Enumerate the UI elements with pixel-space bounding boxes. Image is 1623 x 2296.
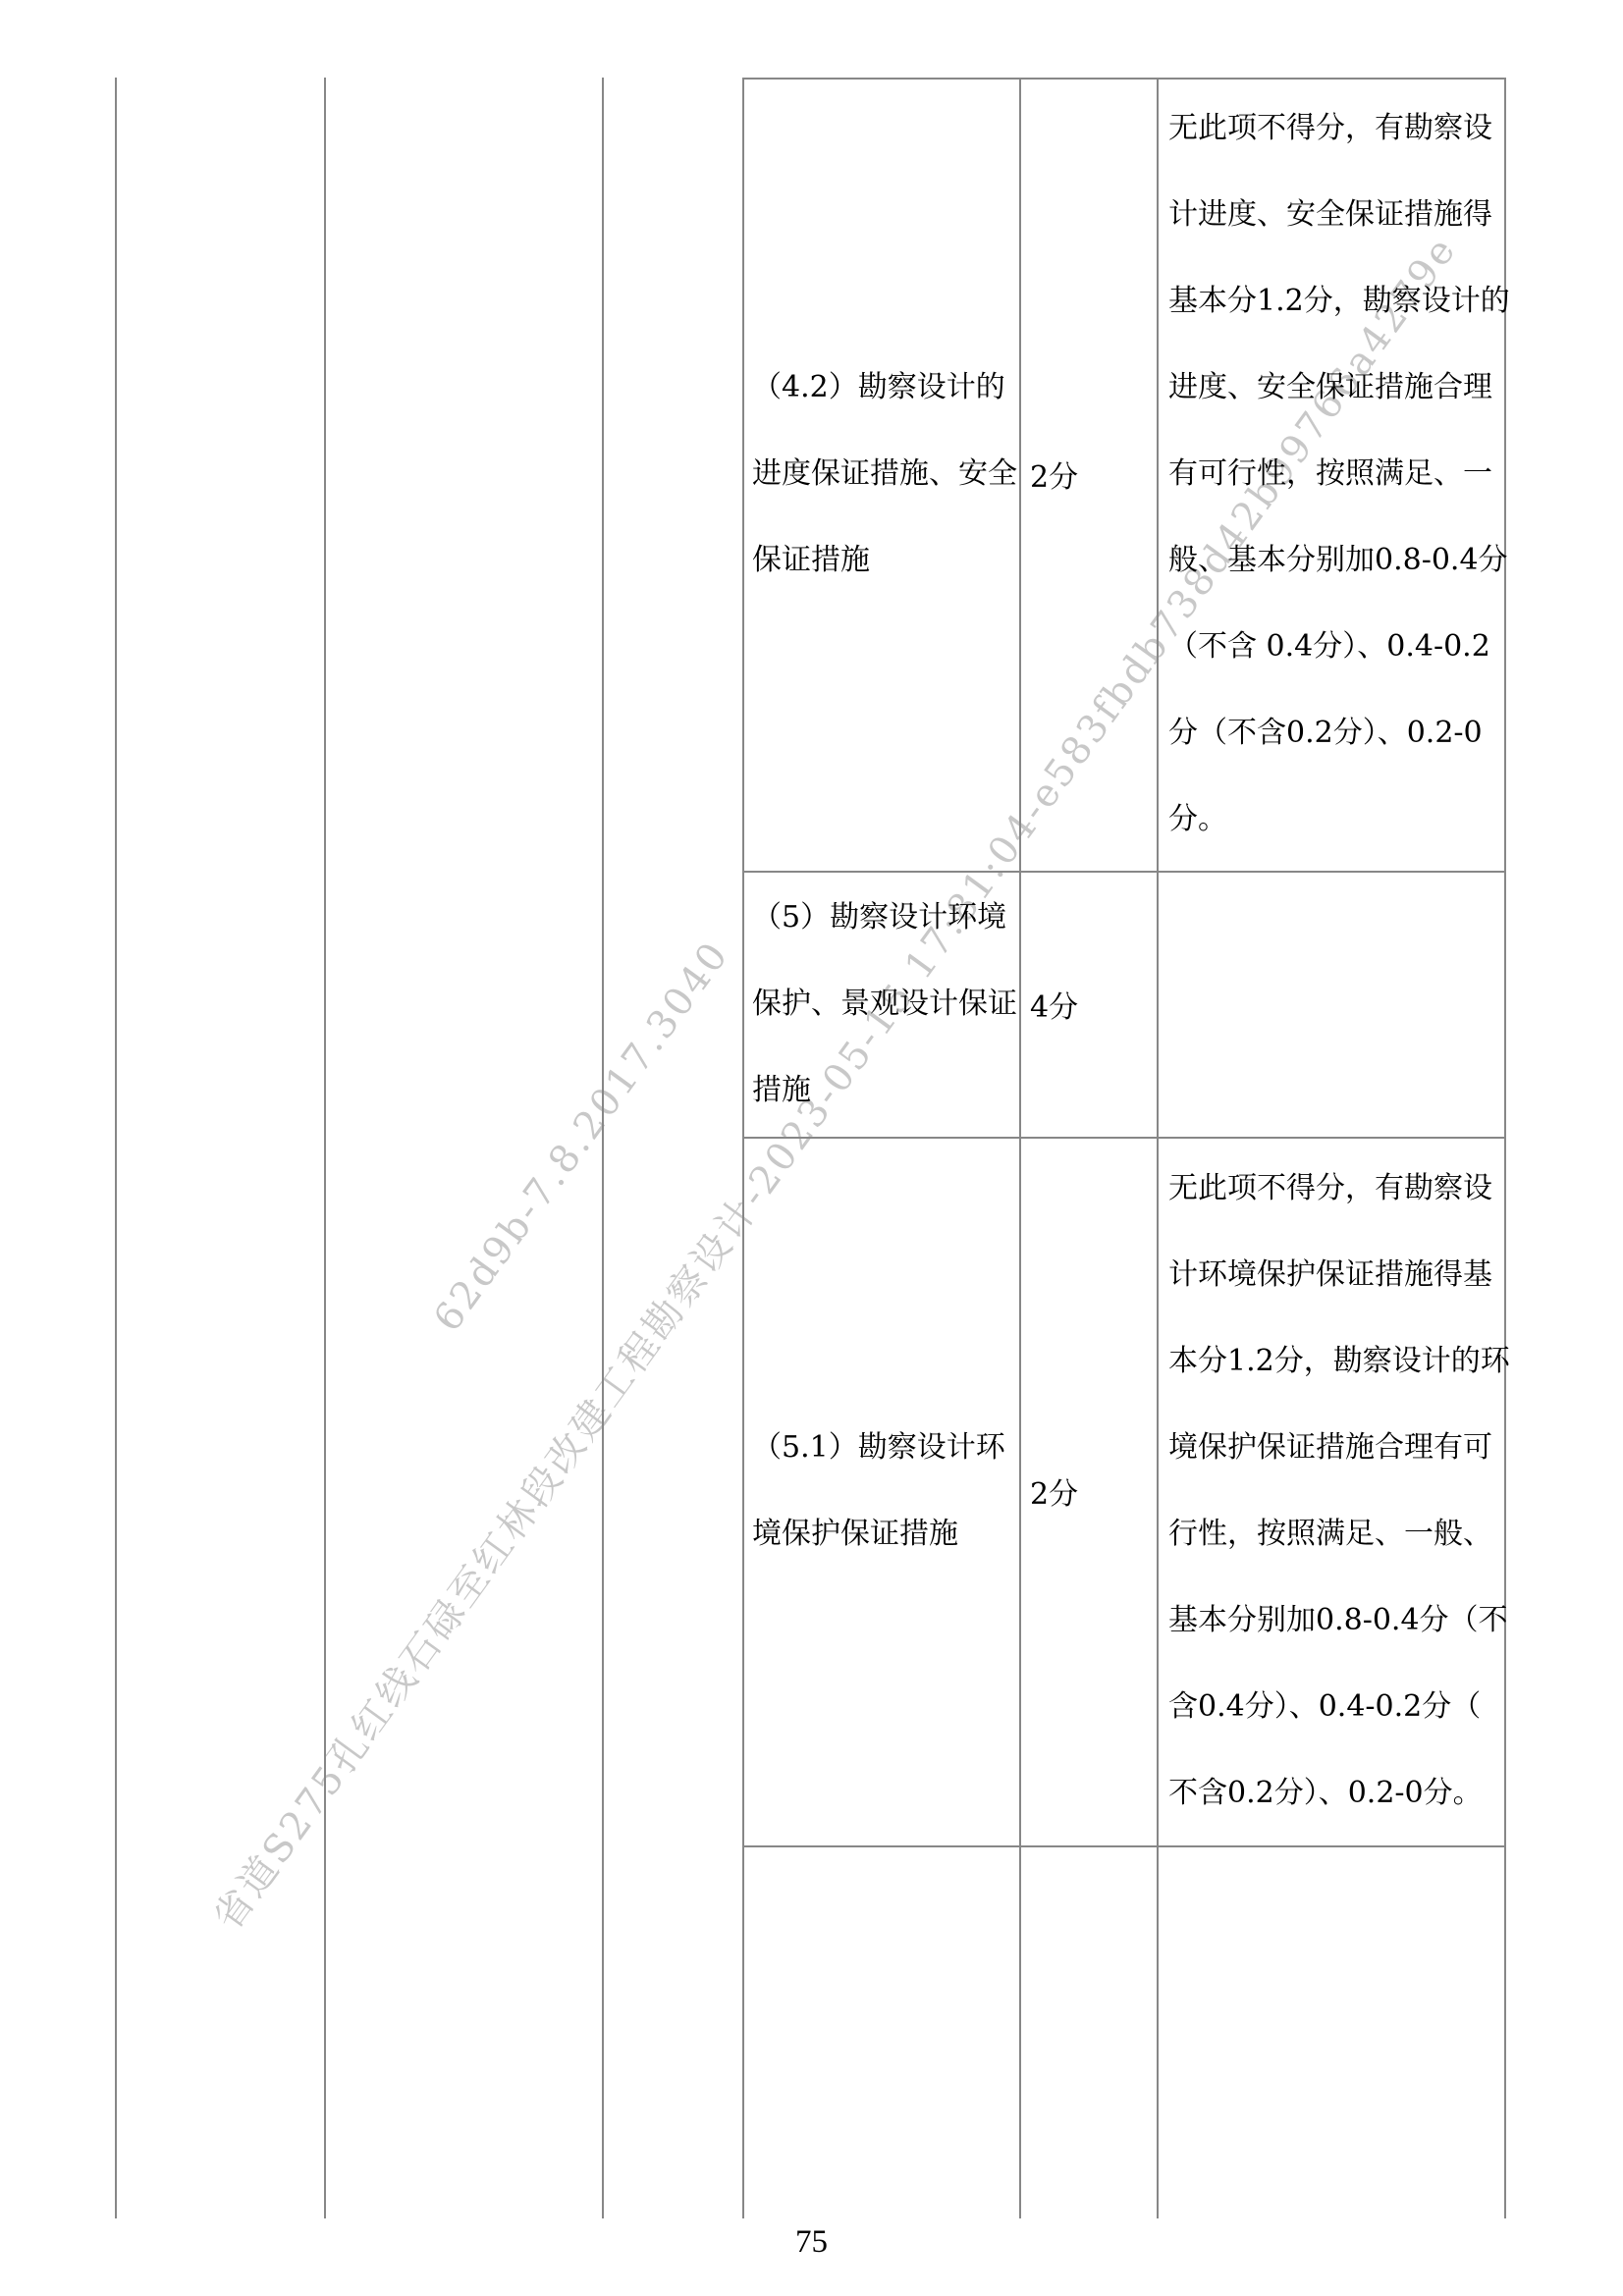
text-line: 不含0.2分）、0.2-0分。 xyxy=(1168,1750,1496,1837)
text-line: 无此项不得分，有勘察设 xyxy=(1168,1146,1496,1232)
text-line: 计环境保护保证措施得基 xyxy=(1168,1232,1496,1318)
cell-score-5-1: 2分 xyxy=(1030,1139,1078,1843)
text-line: （5）勘察设计环境 xyxy=(752,875,1019,961)
text-line: 境保护保证措施 xyxy=(752,1491,1019,1577)
text-line: 无此项不得分，有勘察设 xyxy=(1168,85,1496,172)
text-line: 分。 xyxy=(1168,776,1496,863)
table-vertical-border-3 xyxy=(602,78,604,2218)
text-line: 进度保证措施、安全 xyxy=(752,431,1019,517)
score-value: 2分 xyxy=(1030,1469,1078,1513)
text-line: （5.1）勘察设计环 xyxy=(752,1405,1019,1491)
text-line: 分（不含0.2分）、0.2-0 xyxy=(1168,690,1496,776)
table-row-border-3 xyxy=(742,1845,1506,1847)
cell-score-5: 4分 xyxy=(1030,873,1078,1136)
text-line: （不含 0.4分）、0.4-0.2 xyxy=(1168,604,1496,690)
watermark-line-2: 62d9b-7.8.2017.3040 xyxy=(428,934,736,1339)
text-line: 措施 xyxy=(752,1047,1019,1134)
text-line: 有可行性，按照满足、一 xyxy=(1168,431,1496,517)
text-line: 境保护保证措施合理有可 xyxy=(1168,1405,1496,1491)
table-vertical-border-2 xyxy=(324,78,326,2218)
text-line: 计进度、安全保证措施得 xyxy=(1168,172,1496,258)
table-vertical-border-7 xyxy=(1504,78,1506,2218)
text-line: 行性，按照满足、一般、 xyxy=(1168,1491,1496,1577)
table-vertical-border-5 xyxy=(1019,78,1021,2218)
cell-criterion-4-2: （4.2）勘察设计的进度保证措施、安全保证措施 xyxy=(752,80,1019,869)
text-line: 基本分1.2分，勘察设计的 xyxy=(1168,258,1496,345)
cell-remark-5-1: 无此项不得分，有勘察设计环境保护保证措施得基本分1.2分，勘察设计的环境保护保证… xyxy=(1168,1139,1496,1843)
table-vertical-border-4 xyxy=(742,78,744,2218)
text-line: 本分1.2分，勘察设计的环 xyxy=(1168,1318,1496,1405)
table-vertical-border-6 xyxy=(1157,78,1159,2218)
text-line: 基本分别加0.8-0.4分（不 xyxy=(1168,1577,1496,1664)
score-value: 4分 xyxy=(1030,983,1078,1026)
page-number: 75 xyxy=(0,2222,1623,2262)
cell-score-4-2: 2分 xyxy=(1030,80,1078,869)
score-value: 2分 xyxy=(1030,453,1078,496)
text-line: 保证措施 xyxy=(752,517,1019,604)
text-line: 般、基本分别加0.8-0.4分 xyxy=(1168,517,1496,604)
text-line: 进度、安全保证措施合理 xyxy=(1168,345,1496,431)
text-line: 含0.4分）、0.4-0.2分（ xyxy=(1168,1664,1496,1750)
document-page: 省道S275孔红线石碌至红林段改建工程勘察设计-2023-05-15 17:81… xyxy=(0,0,1623,2296)
cell-criterion-5: （5）勘察设计环境保护、景观设计保证措施 xyxy=(752,873,1019,1136)
text-line: 保护、景观设计保证 xyxy=(752,961,1019,1047)
cell-remark-4-2: 无此项不得分，有勘察设计进度、安全保证措施得基本分1.2分，勘察设计的进度、安全… xyxy=(1168,80,1496,869)
text-line: （4.2）勘察设计的 xyxy=(752,345,1019,431)
table-vertical-border-1 xyxy=(115,78,117,2218)
cell-criterion-5-1: （5.1）勘察设计环境保护保证措施 xyxy=(752,1139,1019,1843)
